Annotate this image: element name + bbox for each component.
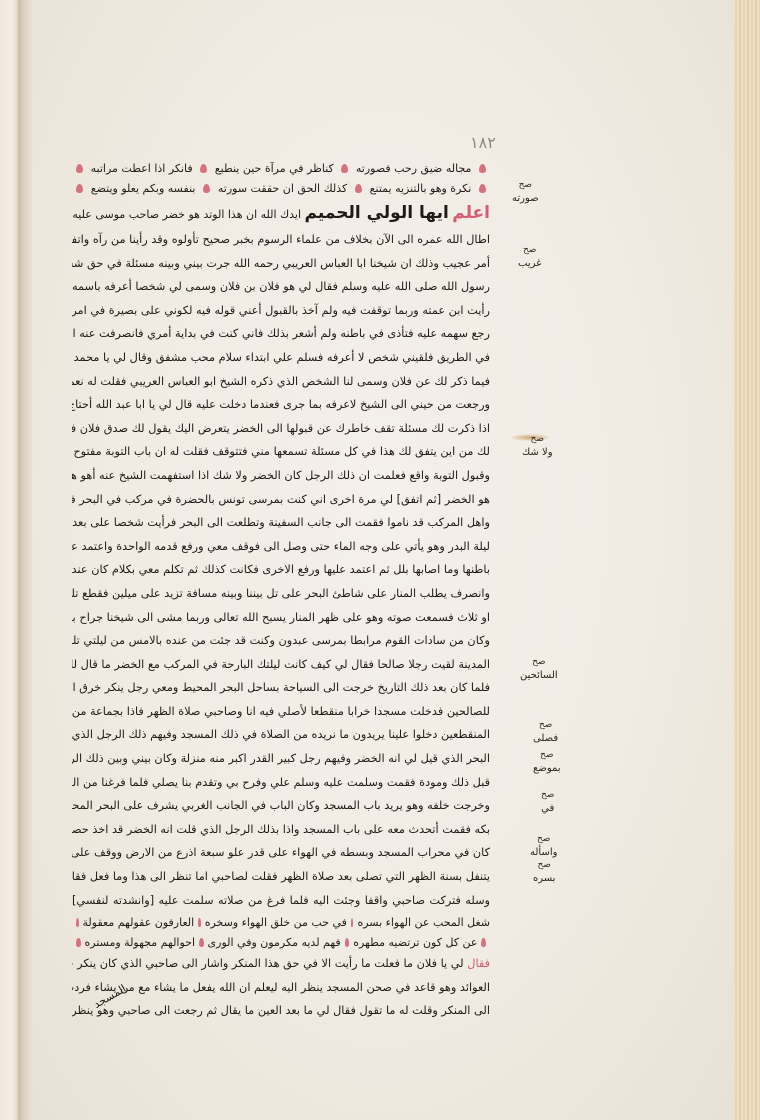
text-line: كان في محراب المسجد وبسطه في الهواء على … bbox=[72, 841, 490, 865]
rubric-word: فقال bbox=[467, 957, 490, 970]
verse-hemistich: فهم لديه مكرمون وفي الورى bbox=[208, 936, 341, 949]
sahh-mark-icon: صح bbox=[541, 788, 554, 802]
text-line: قبل ذلك ومودة فقمت وسلمت عليه وسلم علي و… bbox=[72, 771, 490, 795]
text-line: وقبول التوبة واقع فعلمت ان ذلك الرجل كان… bbox=[72, 464, 490, 488]
text-line: فيما ذكر لك عن فلان وسمى لنا الشخص الذي … bbox=[72, 370, 490, 394]
verse-hemistich: نكرة وهو بالتنزيه يمتنع bbox=[370, 182, 472, 195]
sahh-mark-icon: صح bbox=[520, 655, 558, 669]
text-line: للصالحين فدخلت مسجدا خرابا منقطعا لأصلي … bbox=[72, 700, 490, 724]
facing-page-edge bbox=[0, 0, 20, 1120]
sahh-mark-icon: صح bbox=[530, 832, 557, 846]
margin-note-text: ولا شك bbox=[522, 447, 553, 458]
text-line: بكه فقمت أتحدث معه على باب المسجد واذا ب… bbox=[72, 818, 490, 842]
verse-marker-icon bbox=[203, 184, 210, 193]
text-line: في الطريق فلقيني شخص لا أعرفه فسلم علي ا… bbox=[72, 346, 490, 370]
text-line: لك من اين يتفق لك هذا في كل مسئلة تسمعها… bbox=[72, 440, 490, 464]
heading-text: ايدك الله ان هذا الوتد هو خضر صاحب موسى … bbox=[72, 208, 301, 221]
text-line: فلما كان بعد ذلك التاريخ خرجت الى السياح… bbox=[72, 676, 490, 700]
margin-note-text: واسأله bbox=[530, 847, 557, 858]
verse-marker-icon bbox=[479, 184, 486, 193]
folio-number: ١٨٢ bbox=[470, 133, 496, 152]
margin-note-text: في bbox=[541, 803, 554, 814]
text-line: وكان من سادات القوم مرابطا بمرسى عبدون و… bbox=[72, 629, 490, 653]
text-line: وسله فتركت صاحبي واقفا وجئت اليه فلما فر… bbox=[72, 889, 490, 913]
verse-marker-icon bbox=[481, 938, 486, 947]
main-text-block: مجاله ضيق رحب فصورته كناظر في مرآة حين ي… bbox=[72, 158, 490, 1023]
text-line: او ثلاث فسمعت صوته وهو على ظهر المنار يس… bbox=[72, 606, 490, 630]
text-line: المنقطعين دخلوا علينا يريدون ما نريده من… bbox=[72, 723, 490, 747]
verse-marker-icon bbox=[351, 918, 354, 927]
verse-hemistich: كناظر في مرآة حين ينطبع bbox=[215, 162, 334, 175]
verse-marker-icon bbox=[200, 164, 207, 173]
text-line: المدينة لقيت رجلا صالحا فقال لي كيف كانت… bbox=[72, 653, 490, 677]
margin-note-text: فصلى bbox=[533, 733, 558, 744]
text-line: رأيت ابن عمته وربما توقفت فيه ولم آخذ با… bbox=[72, 299, 490, 323]
heading-rubric: اعلم bbox=[452, 203, 490, 223]
verse-line: عن كل كون ترتضيه مطهره فهم لديه مكرمون و… bbox=[72, 932, 490, 952]
verse-marker-icon bbox=[479, 164, 486, 173]
section-heading: اعلم ايها الولي الحميم ايدك الله ان هذا … bbox=[72, 198, 490, 228]
margin-correction: صح بموضع bbox=[533, 748, 561, 776]
text-line: ورجعت من حيني الى الشيخ لاعرفه بما جرى ف… bbox=[72, 393, 490, 417]
text-line: وانصرف يطلب المنار على شاطئ البحر على تل… bbox=[72, 582, 490, 606]
sahh-mark-icon: صح bbox=[518, 243, 541, 257]
verse-hemistich: العارفون عقولهم معقولة bbox=[83, 916, 195, 929]
margin-note-text: صورته bbox=[512, 193, 539, 204]
verse-line: مجاله ضيق رحب فصورته كناظر في مرآة حين ي… bbox=[72, 158, 490, 178]
margin-note-text: بموضع bbox=[533, 763, 561, 774]
verse-hemistich: فانكر اذا اعطت مراتبه bbox=[91, 162, 193, 175]
margin-correction: صح في bbox=[541, 788, 554, 816]
verse-marker-icon bbox=[341, 164, 348, 173]
verse-hemistich: شغل المحب عن الهواء بسره bbox=[357, 916, 490, 929]
text-line: ليلة البدر وهو يأتي على وجه الماء حتى وص… bbox=[72, 535, 490, 559]
verse-marker-icon bbox=[76, 918, 79, 927]
margin-correction: صح غريب bbox=[518, 243, 541, 271]
text-line: فقال لي يا فلان ما فعلت ما رأيت الا في ح… bbox=[72, 952, 490, 976]
margin-note-text: بسره bbox=[533, 873, 555, 884]
verse-hemistich: بنفسه وبكم يعلو ويتضع bbox=[91, 182, 196, 195]
text-line: الى المنكر وقلت له ما تقول فقال لي ما بع… bbox=[72, 999, 490, 1023]
page-fore-edge bbox=[734, 0, 760, 1120]
verse-hemistich: عن كل كون ترتضيه مطهره bbox=[353, 936, 477, 949]
text-line: رسول الله صلى الله عليه وسلم فقال لي هو … bbox=[72, 275, 490, 299]
text-line: واهل المركب قد ناموا فقمت الى جانب السفي… bbox=[72, 511, 490, 535]
sahh-mark-icon: صح bbox=[533, 718, 558, 732]
verse-marker-icon bbox=[199, 938, 204, 947]
verse-marker-icon bbox=[345, 938, 350, 947]
text-line: البحر الذي قيل لي انه الخضر وفيهم رجل كب… bbox=[72, 747, 490, 771]
verse-hemistich: مجاله ضيق رحب فصورته bbox=[356, 162, 472, 175]
text-line: اطال الله عمره الى الآن بخلاف من علماء ا… bbox=[72, 228, 490, 252]
verse-line: نكرة وهو بالتنزيه يمتنع كذلك الحق ان حقق… bbox=[72, 178, 490, 198]
text-line: أمر عجيب وذلك ان شيخنا ابا العباس العريب… bbox=[72, 252, 490, 276]
verse-line: شغل المحب عن الهواء بسره في حب من خلق ال… bbox=[72, 912, 490, 932]
verse-hemistich: كذلك الحق ان حققت سورته bbox=[218, 182, 347, 195]
margin-correction: صح فصلى bbox=[533, 718, 558, 746]
verse-marker-icon bbox=[76, 164, 83, 173]
heading-emphasis: ايها الولي الحميم bbox=[305, 203, 449, 223]
margin-correction: صح ولا شك bbox=[522, 432, 553, 460]
verse-marker-icon bbox=[76, 184, 83, 193]
margin-correction: صح واسأله bbox=[530, 832, 557, 860]
line-text: لي يا فلان ما فعلت ما رأيت الا في حق هذا… bbox=[72, 957, 464, 970]
text-line: باطنها وما اصابها بلل ثم اعتمد عليها ورف… bbox=[72, 558, 490, 582]
text-line: رجع سهمه عليه فتأذى في باطنه ولم أشعر بذ… bbox=[72, 322, 490, 346]
sahh-mark-icon: صح bbox=[533, 858, 555, 872]
verse-hemistich: في حب من خلق الهواء وسخره bbox=[205, 916, 347, 929]
margin-note-text: غريب bbox=[518, 258, 541, 269]
margin-correction: صح صورته bbox=[512, 178, 539, 206]
sahh-mark-icon: صح bbox=[522, 432, 553, 446]
margin-correction: صح بسره bbox=[533, 858, 555, 886]
text-line: اذا ذكرت لك مسئلة تقف خاطرك عن قبولها ال… bbox=[72, 417, 490, 441]
verse-marker-icon bbox=[76, 938, 81, 947]
margin-note-text: السائحين bbox=[520, 670, 558, 681]
sahh-mark-icon: صح bbox=[533, 748, 561, 762]
text-line: يتنفل بسنة الظهر التي تصلى بعد صلاة الظه… bbox=[72, 865, 490, 889]
text-line: العوائد وهو قاعد في صحن المسجد ينظر اليه… bbox=[72, 976, 490, 1000]
margin-correction: صح السائحين bbox=[520, 655, 558, 683]
verse-marker-icon bbox=[198, 918, 201, 927]
sahh-mark-icon: صح bbox=[512, 178, 539, 192]
verse-hemistich: احوالهم مجهولة ومستره bbox=[85, 936, 196, 949]
text-line: وخرجت خلفه وهو يريد باب المسجد وكان البا… bbox=[72, 794, 490, 818]
verse-marker-icon bbox=[355, 184, 362, 193]
text-line: هو الخضر [ثم اتفق] لي مرة اخرى اني كنت ب… bbox=[72, 488, 490, 512]
